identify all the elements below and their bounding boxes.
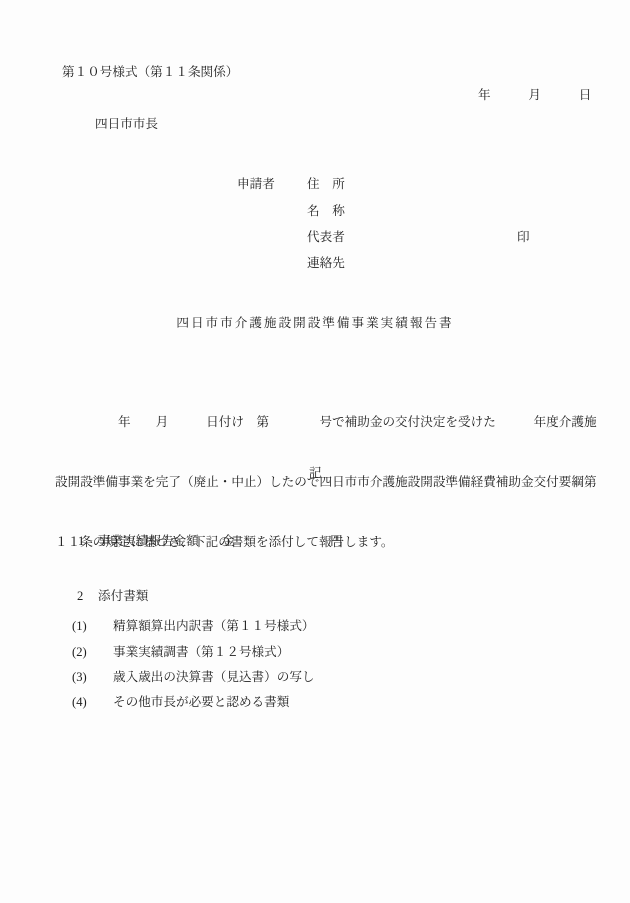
date-fill-line: 年 月 日 xyxy=(478,87,591,103)
item-1-label: 事業実績報告金額 xyxy=(98,533,199,549)
form-page: 第１０号様式（第１１条関係） 年 月 日 四日市市長 申請者 住 所 名 称 代… xyxy=(0,0,630,903)
applicant-field-name: 名 称 xyxy=(307,203,345,219)
attachment-item-number: (1) xyxy=(72,618,87,634)
applicant-field-address: 住 所 xyxy=(307,176,345,192)
attachment-item-text: 精算額算出内訳書（第１１号様式） xyxy=(113,618,315,634)
record-mark: 記 xyxy=(309,465,322,481)
applicant-label: 申請者 xyxy=(237,176,275,192)
item-2-label: 添付書類 xyxy=(98,588,148,604)
form-number-label: 第１０号様式（第１１条関係） xyxy=(62,64,238,80)
attachment-item-text: 事業実績調書（第１２号様式） xyxy=(113,644,289,660)
attachment-item-text: 歳入歳出の決算書（見込書）の写し xyxy=(113,669,315,685)
item-2-number: 2 xyxy=(77,588,83,604)
attachment-item-number: (3) xyxy=(72,669,87,685)
amount-prefix: 金 xyxy=(222,533,235,549)
attachment-item-number: (2) xyxy=(72,644,87,660)
attachment-item-text: その他市長が必要と認める書類 xyxy=(113,694,289,710)
item-1-number: 1 xyxy=(78,533,84,549)
attachment-item-number: (4) xyxy=(72,694,87,710)
paragraph-line-2: 設開設準備事業を完了（廃止・中止）したので四日市市介護施設開設準備経費補助金交付… xyxy=(55,472,597,492)
seal-mark: 印 xyxy=(517,229,530,245)
addressee-label: 四日市市長 xyxy=(95,116,158,132)
body-paragraph: 年 月 日付け 第 号で補助金の交付決定を受けた 年度介護施 設開設準備事業を完… xyxy=(55,372,597,592)
applicant-field-representative: 代表者 xyxy=(307,229,345,245)
applicant-field-contact: 連絡先 xyxy=(307,255,345,271)
paragraph-line-1: 年 月 日付け 第 号で補助金の交付決定を受けた 年度介護施 xyxy=(55,412,597,432)
amount-suffix: 円 xyxy=(330,533,343,549)
document-title: 四日市市介護施設開設準備事業実績報告書 xyxy=(0,315,630,331)
